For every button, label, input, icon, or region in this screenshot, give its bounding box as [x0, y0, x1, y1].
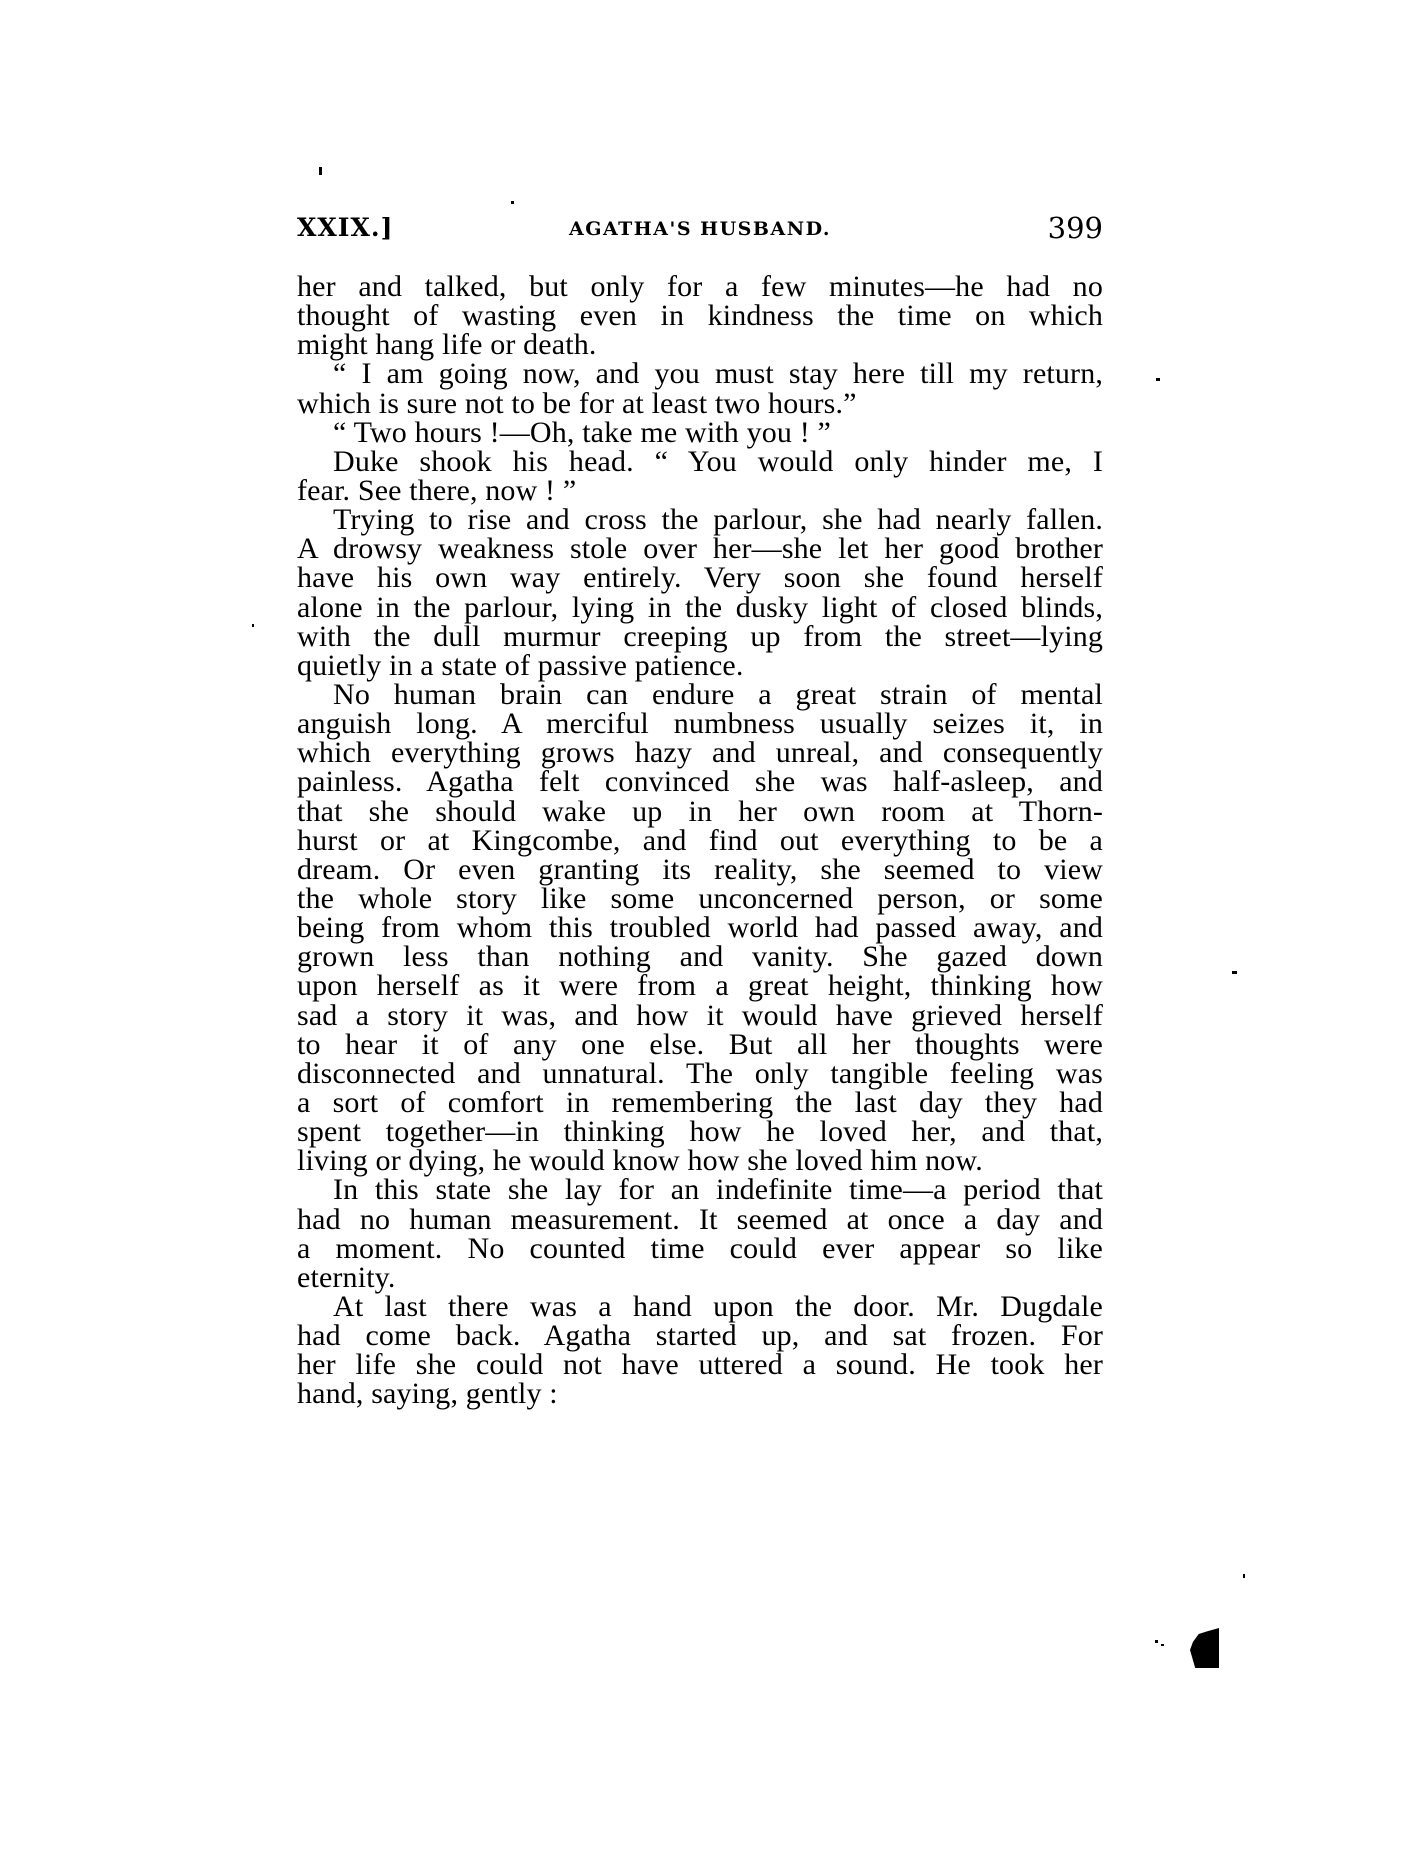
text-line: grown less than nothing and vanity. She … [297, 942, 1103, 971]
page-number: 399 [1048, 208, 1103, 248]
text-line: anguish long. A merciful numbness usuall… [297, 709, 1103, 738]
text-line: In this state she lay for an indefinite … [297, 1175, 1103, 1204]
text-line: painless. Agatha felt convinced she was … [297, 767, 1103, 796]
running-head: XXIX.] AGATHA'S HUSBAND. 399 [297, 208, 1103, 248]
print-speck-right-1 [1156, 378, 1160, 381]
text-line: quietly in a state of passive patience. [297, 651, 1103, 680]
text-line: a sort of comfort in remembering the las… [297, 1088, 1103, 1117]
running-title: AGATHA'S HUSBAND. [565, 208, 835, 250]
text-line: sad a story it was, and how it would hav… [297, 1001, 1103, 1030]
print-speck-bottom-2 [1161, 1644, 1164, 1646]
text-line: Duke shook his head. “ You would only hi… [297, 447, 1103, 476]
text-line: dream. Or even granting its reality, she… [297, 855, 1103, 884]
ink-blot [1190, 1628, 1219, 1668]
text-line: A drowsy weakness stole over her—she let… [297, 534, 1103, 563]
text-line: living or dying, he would know how she l… [297, 1146, 1103, 1175]
chapter-number: XXIX.] [297, 208, 393, 248]
text-line: have his own way entirely. Very soon she… [297, 563, 1103, 592]
text-line: her life she could not have uttered a so… [297, 1350, 1103, 1379]
text-line: alone in the parlour, lying in the dusky… [297, 593, 1103, 622]
text-line: fear. See there, now ! ” [297, 476, 1103, 505]
text-line: No human brain can endure a great strain… [297, 680, 1103, 709]
text-line: being from whom this troubled world had … [297, 913, 1103, 942]
print-speck-right-3 [1243, 1574, 1245, 1578]
text-line: “ Two hours !—Oh, take me with you ! ” [297, 418, 1103, 447]
text-line: had no human measurement. It seemed at o… [297, 1205, 1103, 1234]
print-speck-header [511, 201, 514, 204]
text-line: with the dull murmur creeping up from th… [297, 622, 1103, 651]
text-line: which everything grows hazy and unreal, … [297, 738, 1103, 767]
text-line: spent together—in thinking how he loved … [297, 1117, 1103, 1146]
book-page: XXIX.] AGATHA'S HUSBAND. 399 her and tal… [0, 0, 1401, 1851]
text-line: had come back. Agatha started up, and sa… [297, 1321, 1103, 1350]
print-speck-right-2 [1232, 971, 1237, 974]
print-speck-top [319, 167, 322, 175]
text-line: which is sure not to be for at least two… [297, 389, 1103, 418]
text-line: disconnected and unnatural. The only tan… [297, 1059, 1103, 1088]
text-line: to hear it of any one else. But all her … [297, 1030, 1103, 1059]
text-line: thought of wasting even in kindness the … [297, 301, 1103, 330]
body-text: her and talked, but only for a few minut… [297, 272, 1103, 1408]
text-line: At last there was a hand upon the door. … [297, 1292, 1103, 1321]
text-line: hurst or at Kingcombe, and find out ever… [297, 826, 1103, 855]
text-line: upon herself as it were from a great hei… [297, 971, 1103, 1000]
print-speck-bottom-1 [1155, 1640, 1158, 1643]
text-line: might hang life or death. [297, 330, 1103, 359]
text-line: Trying to rise and cross the parlour, sh… [297, 505, 1103, 534]
print-speck-left [252, 624, 254, 627]
text-line: the whole story like some unconcerned pe… [297, 884, 1103, 913]
text-line: that she should wake up in her own room … [297, 797, 1103, 826]
text-line: eternity. [297, 1263, 1103, 1292]
text-line: hand, saying, gently : [297, 1379, 1103, 1408]
text-line: a moment. No counted time could ever app… [297, 1234, 1103, 1263]
text-line: “ I am going now, and you must stay here… [297, 359, 1103, 388]
text-line: her and talked, but only for a few minut… [297, 272, 1103, 301]
